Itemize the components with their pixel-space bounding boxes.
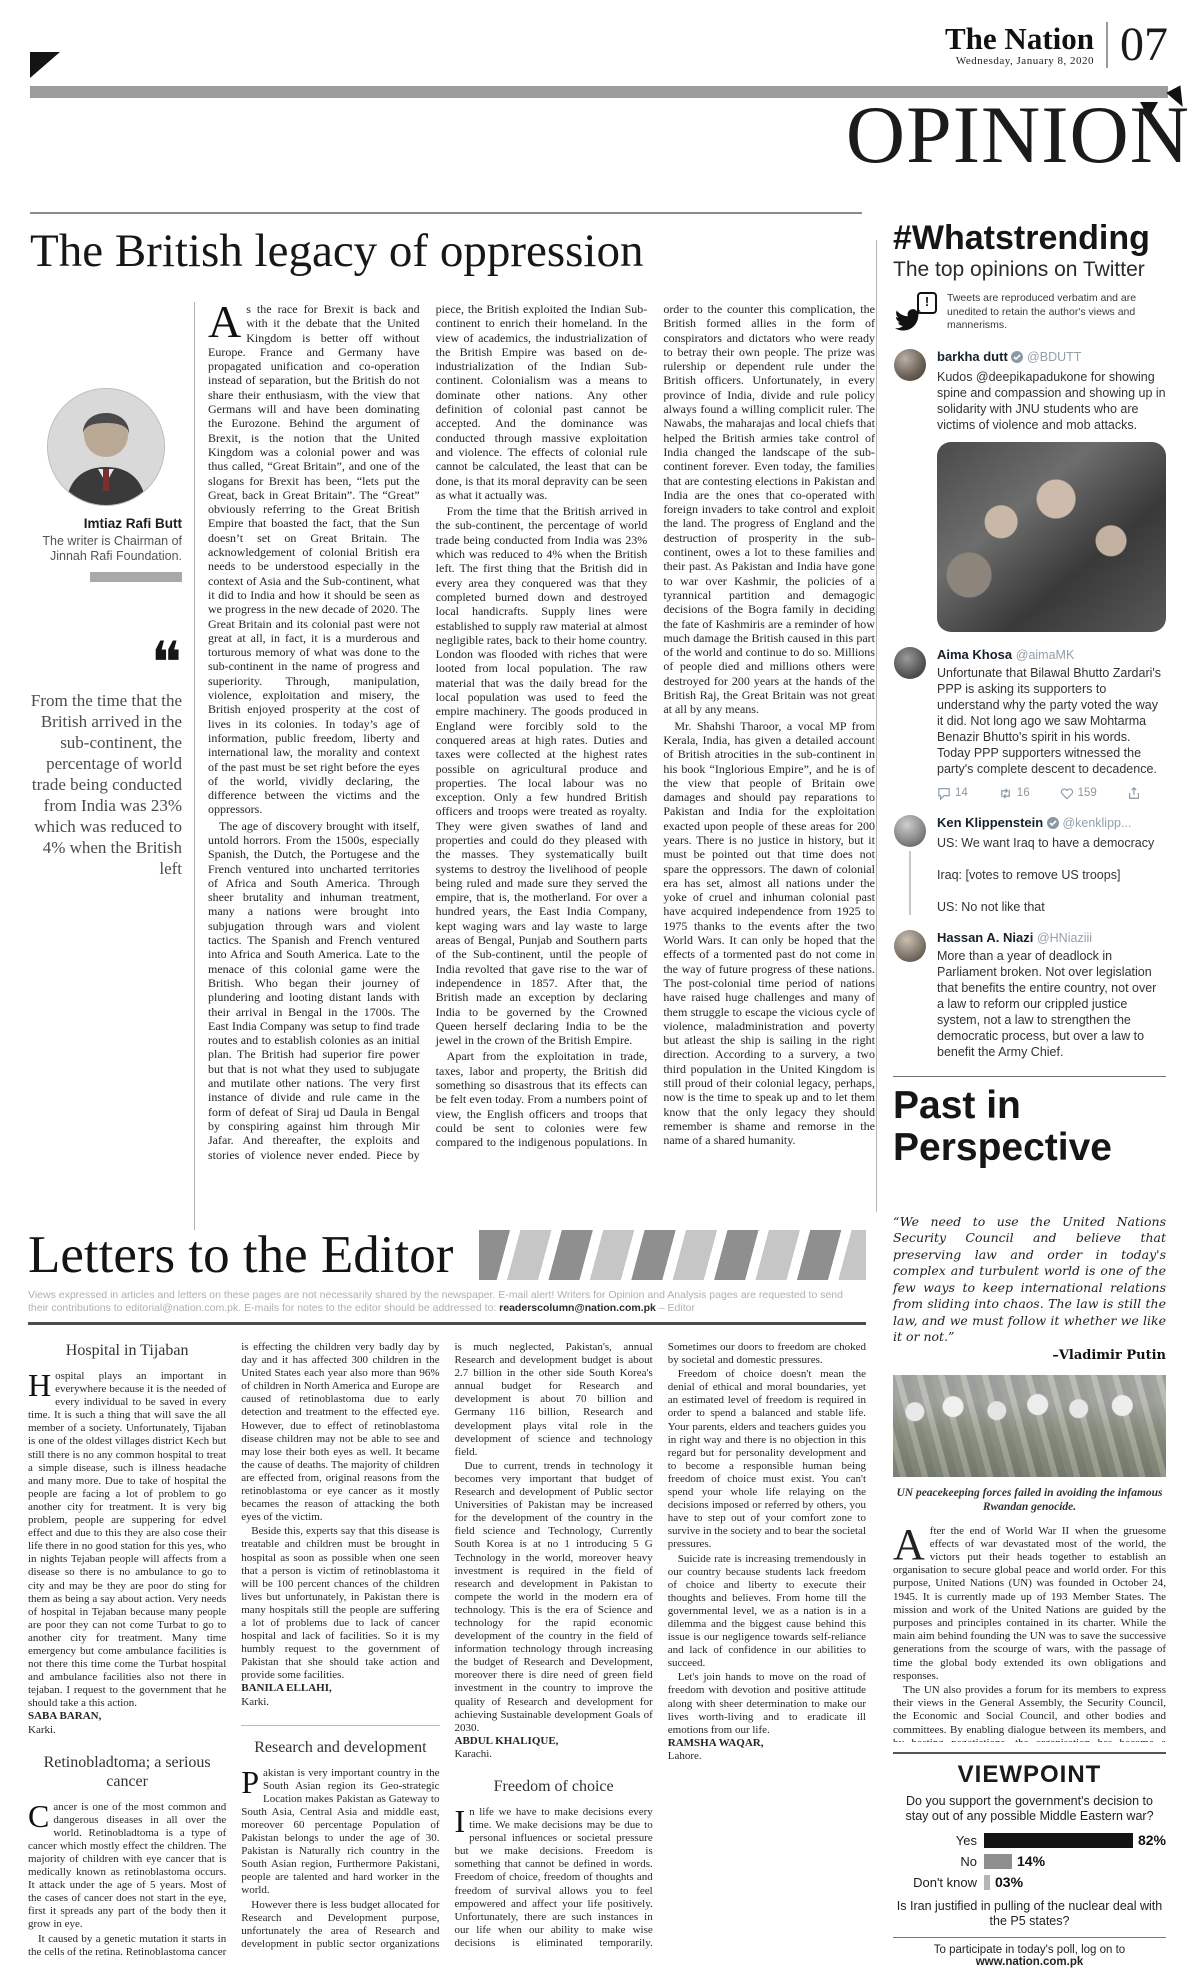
like-count: 159 [1078, 787, 1097, 799]
section-title: OPINION [846, 92, 1190, 178]
avatar [894, 930, 926, 962]
poll-option-label: No [893, 1854, 984, 1869]
verified-icon [1011, 351, 1023, 366]
tweet-engagement-row: 14 16 159 [937, 786, 1166, 800]
past-in-perspective-title: Past in Perspective [893, 1085, 1166, 1169]
poll-option-label: Yes [893, 1833, 984, 1848]
letters-columns: Hospital in Tijaban Hospital plays an im… [28, 1341, 866, 1961]
tweet-aima-khosa: Aima Khosa @aimaMK Unfortunate that Bila… [893, 647, 1166, 800]
right-rail: #Whatstrending The top opinions on Twitt… [893, 220, 1166, 1968]
participate-text: To participate in today's poll, log on t… [934, 1944, 1125, 1956]
like-button[interactable]: 159 [1060, 787, 1097, 800]
paragraph: Freedom of choice doesn't mean the denia… [668, 1368, 866, 1551]
pullquote-text: From the time that the British arrived i… [30, 690, 182, 879]
author-portrait-illustration [48, 389, 164, 505]
section-rule [893, 1076, 1166, 1077]
letter-body: Hospital plays an important in everywher… [28, 1370, 226, 1710]
avatar [894, 647, 926, 679]
headline-rule [30, 212, 862, 214]
letters-title: Letters to the Editor [28, 1228, 453, 1282]
retweet-button[interactable]: 16 [998, 787, 1030, 800]
paragraph: Mr. Shahshi Tharoor, a vocal MP from Ker… [663, 719, 875, 1148]
letters-section: Letters to the Editor Views expressed in… [28, 1228, 866, 1961]
poll-question: Do you support the government's decision… [893, 1794, 1166, 1824]
whatstrending-title: #Whatstrending [893, 220, 1166, 256]
article-body: As the race for Brexit is back and with … [208, 302, 875, 1230]
viewpoint-title: VIEWPOINT [893, 1761, 1166, 1789]
disclaimer-text: Views expressed in articles and letters … [28, 1289, 843, 1314]
past-in-perspective-body: After the end of World War II when the g… [893, 1525, 1166, 1743]
article-headline: The British legacy of oppression [30, 224, 870, 278]
letters-rule [28, 1322, 866, 1325]
letter-title: Hospital in Tijaban [28, 1341, 226, 1360]
poll-row-yes: Yes 82% [893, 1832, 1166, 1848]
paragraph: Cancer is one of the most common and dan… [28, 1801, 226, 1932]
reply-button[interactable]: 14 [937, 787, 968, 800]
corner-flag-decoration [30, 52, 60, 78]
letter-city: Lahore. [668, 1750, 866, 1763]
letter-city: Karachi. [455, 1748, 653, 1761]
column-divider [876, 240, 877, 1212]
tweet-handle[interactable]: @aimaMK [1016, 648, 1075, 662]
letter-signature: SABA BARAN, [28, 1710, 226, 1723]
issue-date: Wednesday, January 8, 2020 [945, 55, 1094, 67]
next-poll-question: Is Iran justified in pulling of the nucl… [893, 1899, 1166, 1929]
poll-percentage: 82% [1133, 1832, 1166, 1848]
author-bio: The writer is Chairman of Jinnah Rafi Fo… [30, 534, 182, 564]
paragraph: Hospital plays an important in everywher… [28, 1370, 226, 1710]
poll-bar [984, 1833, 1133, 1848]
poll-percentage: 14% [1012, 1853, 1045, 1869]
viewpoint-poll: VIEWPOINT Do you support the government'… [893, 1752, 1166, 1968]
page-number: 07 [1106, 22, 1168, 68]
tweet-text: Unfortunate that Bilawal Bhutto Zardari'… [937, 665, 1166, 777]
poll-bar [984, 1854, 1012, 1869]
tweet-text: Kudos @deepikapadukone for showing spine… [937, 369, 1166, 433]
thread-line-decoration [909, 851, 911, 915]
tweet-ken-klippenstein: Ken Klippenstein @kenklipp... US: We wan… [893, 815, 1166, 915]
editor-email-link[interactable]: readerscolumn@nation.com.pk [499, 1302, 656, 1314]
tweet-text: More than a year of deadlock in Parliame… [937, 948, 1166, 1060]
website-link[interactable]: www.nation.com.pk [976, 1956, 1084, 1968]
quote-attribution: –Vladimir Putin [893, 1348, 1166, 1363]
poll-results: Yes 82% No 14% Don't know 03% [893, 1832, 1166, 1890]
poll-row-no: No 14% [893, 1853, 1166, 1869]
paragraph: Let's join hands to move on the road of … [668, 1671, 866, 1736]
tweet-author: Aima Khosa [937, 647, 1012, 662]
letter-signature: ABDUL KHALIQUE, [455, 1735, 653, 1748]
author-name: Imtiaz Rafi Butt [30, 516, 182, 531]
disclaimer-suffix: – Editor [656, 1302, 695, 1314]
tweet-text: US: We want Iraq to have a democracy Ira… [937, 835, 1166, 915]
share-button[interactable] [1127, 786, 1141, 800]
tweet-author: Ken Klippenstein [937, 815, 1043, 830]
paragraph: As the race for Brexit is back and with … [208, 302, 420, 817]
twitter-bird-icon: ! [893, 292, 939, 334]
poll-option-label: Don't know [893, 1875, 984, 1890]
letter-title: Freedom of choice [455, 1777, 653, 1796]
reply-count: 14 [955, 787, 968, 799]
main-article: Imtiaz Rafi Butt The writer is Chairman … [30, 302, 875, 1230]
paragraph: From the time that the British arrived i… [436, 504, 648, 1047]
paragraph: Beside this, experts say that this disea… [241, 1525, 439, 1682]
newspaper-page: The Nation Wednesday, January 8, 2020 07… [0, 0, 1200, 1988]
letters-disclaimer: Views expressed in articles and letters … [28, 1289, 866, 1315]
letter-title: Research and development [241, 1738, 439, 1757]
poll-row-dont-know: Don't know 03% [893, 1874, 1166, 1890]
whatstrending-subtitle: The top opinions on Twitter [893, 258, 1166, 282]
pullquote-block: ❝ From the time that the British arrived… [30, 646, 182, 879]
tweet-hassan-niazi: Hassan A. Niazi @HNiaziii More than a ye… [893, 930, 1166, 1060]
author-rail: Imtiaz Rafi Butt The writer is Chairman … [30, 302, 195, 1230]
paragraph: Suicide rate is increasing tremendously … [668, 1553, 866, 1671]
letter-city: Karki. [28, 1724, 226, 1737]
tweet-barkha-dutt: barkha dutt @BDUTT Kudos @deepikapadukon… [893, 349, 1166, 632]
tweet-photo [937, 442, 1166, 632]
letter-title: Retinobladtoma; a serious cancer [28, 1753, 226, 1791]
photo-caption: UN peacekeeping forces failed in avoidin… [893, 1486, 1166, 1514]
poll-percentage: 03% [990, 1874, 1023, 1890]
un-peacekeepers-photo [893, 1375, 1166, 1477]
paragraph: Pakistan is very important country in th… [241, 1767, 439, 1898]
paragraph: Due to current, trends in technology it … [455, 1460, 653, 1735]
letter-signature: BANILA ELLAHI, [241, 1682, 439, 1695]
author-rule-decoration [90, 572, 182, 582]
author-photo [47, 388, 165, 506]
paragraph: After the end of World War II when the g… [893, 1525, 1166, 1683]
verified-icon [1047, 817, 1059, 832]
bird-glyph [893, 308, 923, 334]
stripes-decoration [479, 1230, 866, 1280]
avatar [894, 349, 926, 381]
poll-participate-note: To participate in today's poll, log on t… [893, 1937, 1166, 1968]
tweet-handle[interactable]: @kenklipp... [1062, 816, 1131, 830]
disclaimer-text: Tweets are reproduced verbatim and are u… [947, 292, 1166, 333]
tweet-author: barkha dutt [937, 349, 1008, 364]
paper-name: The Nation [945, 24, 1094, 54]
letter-signature: RAMSHA WAQAR, [668, 1737, 866, 1750]
quote-mark-icon: ❝ [30, 646, 182, 680]
tweet-handle[interactable]: @BDUTT [1027, 350, 1081, 364]
letter-hospital-in-tijaban: Hospital in Tijaban Hospital plays an im… [28, 1341, 226, 1737]
paragraph: The UN also provides a forum for its mem… [893, 1684, 1166, 1742]
retweet-count: 16 [1017, 787, 1030, 799]
putin-quote: “We need to use the United Nations Secur… [893, 1214, 1166, 1346]
whatstrending-disclaimer: ! Tweets are reproduced verbatim and are… [893, 292, 1166, 334]
avatar [894, 815, 926, 847]
tweet-author: Hassan A. Niazi [937, 930, 1033, 945]
masthead: The Nation Wednesday, January 8, 2020 07 [945, 22, 1168, 68]
tweet-handle[interactable]: @HNiaziii [1037, 931, 1092, 945]
letter-city: Karki. [241, 1696, 439, 1709]
